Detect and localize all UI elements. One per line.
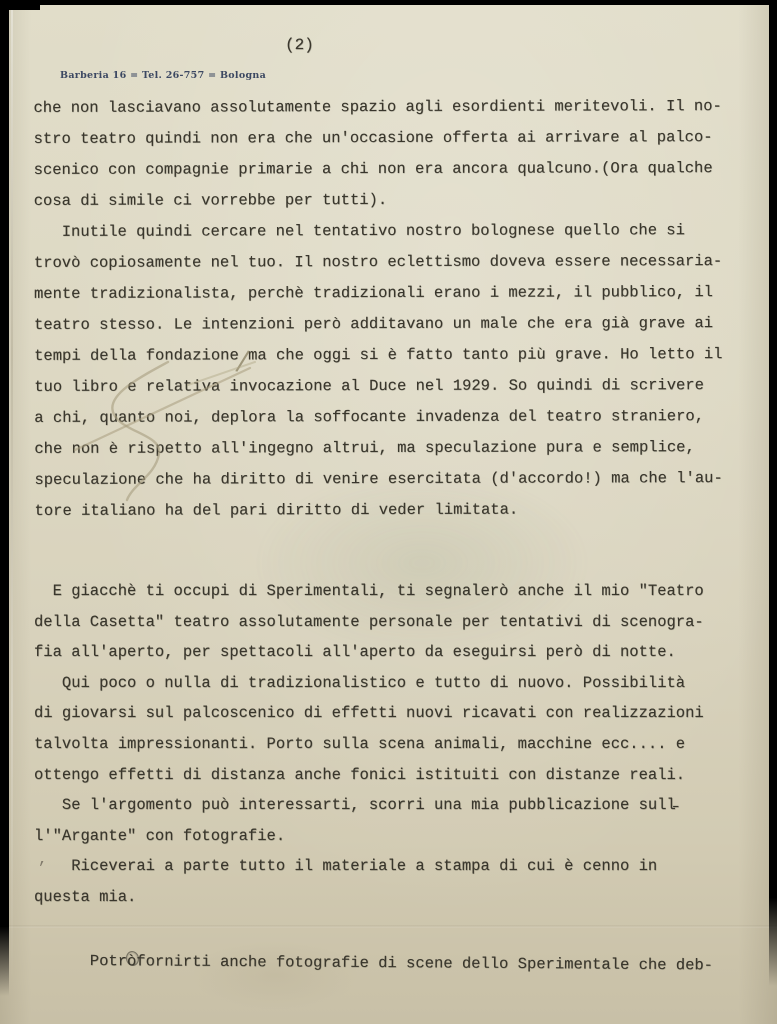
typed-line: scenico con compagnie primarie a chi non… [34, 153, 722, 186]
typed-line: Qui poco o nulla di tradizionalistico e … [34, 668, 704, 699]
typed-line: ottengo effetti di distanza anche fonici… [34, 760, 704, 791]
typed-line: che non lasciavano assolutamente spazio … [33, 91, 721, 124]
typed-line: mente tradizionalista, perchè tradiziona… [34, 277, 722, 310]
typed-line: talvolta impressionanti. Porto sulla sce… [34, 729, 704, 760]
typed-line: trovò copiosamente nel tuo. Il nostro ec… [34, 246, 722, 279]
typed-line: fia all'aperto, per spettacoli all'apert… [34, 637, 704, 668]
pencil-scribble-icon [47, 346, 272, 516]
typed-line: Inutile quindi cercare nel tentativo nos… [34, 215, 722, 248]
typed-line: l'"Argante" con fotografie. [34, 821, 704, 852]
typed-line: di giovarsi sul palcoscenico di effetti … [34, 698, 704, 729]
typed-line: E giacchè ti occupi di Sperimentali, ti … [34, 576, 704, 607]
typed-line: Riceverai a parte tutto il materiale a s… [34, 851, 704, 882]
paper-crease [11, 5, 13, 1005]
typed-line: Se l'argomento può interessarti, scorri … [34, 790, 704, 821]
scan-border-left [0, 0, 9, 996]
scan-border-right [769, 0, 777, 986]
typed-line: teatro stesso. Le intenzioni però addita… [34, 308, 722, 341]
paragraph-block-2: E giacchè ti occupi di Sperimentali, ti … [34, 576, 704, 913]
typed-line: questa mia. [34, 882, 704, 913]
letterhead: Barberia 16 = Tel. 26-757 = Bologna [60, 70, 266, 81]
page-number: (2) [285, 36, 314, 54]
handwritten-margin-mark: , [38, 850, 48, 868]
typed-line: stro teatro quindi non era che un'occasi… [34, 122, 722, 155]
typed-line: della Casetta" teatro assolutamente pers… [34, 607, 704, 638]
scanned-letter-page: (2) Barberia 16 = Tel. 26-757 = Bologna … [0, 0, 777, 1024]
typed-line: cosa di simile ci vorrebbe per tutti). [34, 184, 722, 217]
scan-border-top [0, 0, 777, 5]
